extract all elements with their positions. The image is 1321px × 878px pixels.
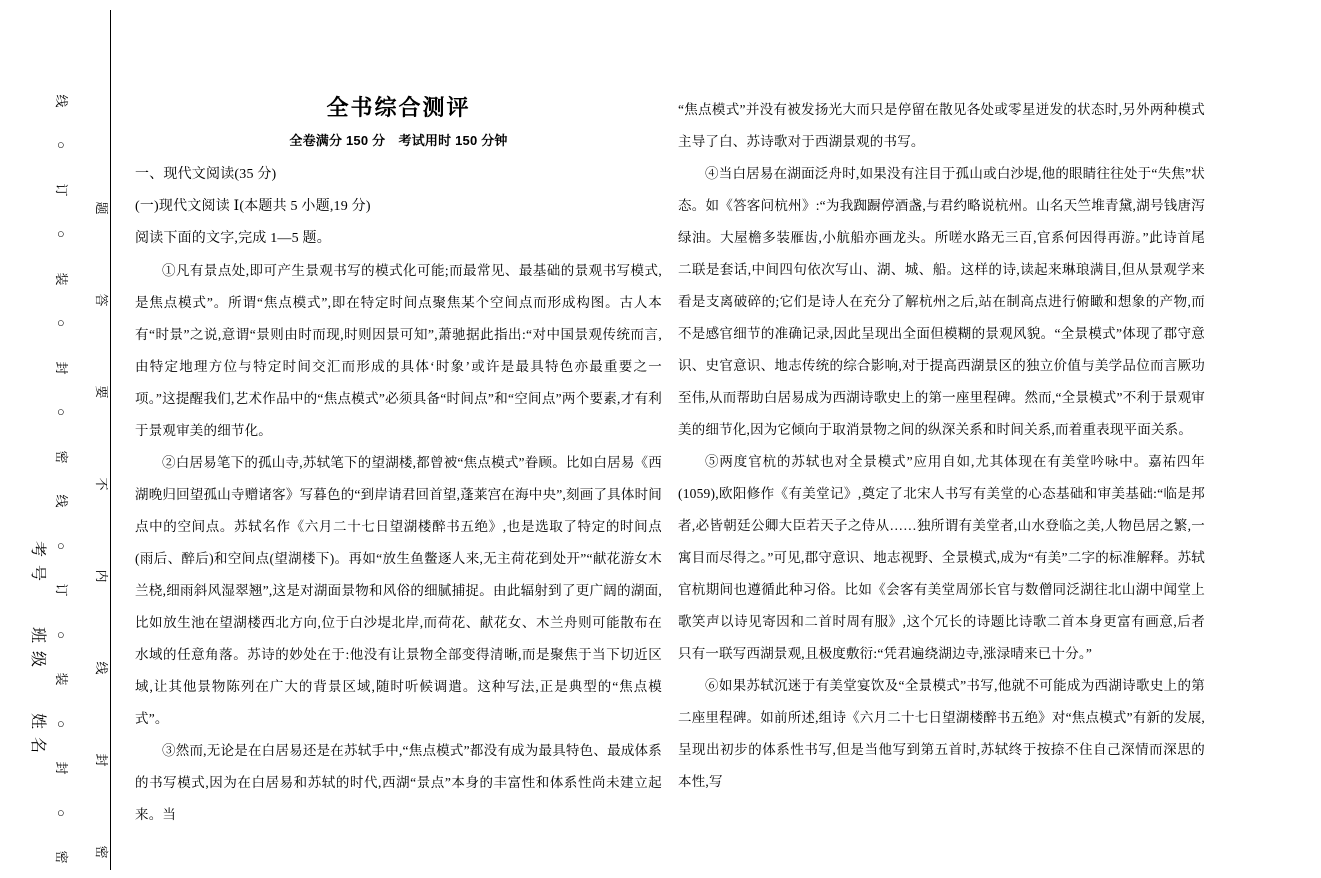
binding-line-decoration-text: 线○订○装○封○密线○订○装○封○密 — [53, 93, 69, 865]
circle-glyph: ○ — [53, 538, 69, 554]
circle-glyph: ○ — [53, 805, 69, 821]
paragraph-5: ⑤两度官杭的苏轼也对全景模式”应用自如,尤其体现在有美堂吟咏中。嘉祐四年(105… — [678, 446, 1205, 670]
circle-glyph: ○ — [53, 404, 69, 420]
binding-line — [110, 10, 111, 870]
rotated-char: 封 — [93, 752, 109, 768]
rotated-char: 线 — [53, 493, 69, 509]
rotated-char: 级 — [28, 650, 46, 668]
rotated-char: 答 — [93, 292, 109, 308]
paragraph-3: ③然而,无论是在白居易还是在苏轼手中,“焦点模式”都没有成为最具特色、最成体系的… — [135, 735, 662, 831]
rotated-char: 名 — [28, 736, 46, 754]
text-column-left: 全书综合测评 全卷满分 150 分 考试用时 150 分钟 一、现代文阅读(35… — [135, 90, 662, 831]
paragraph-1: ①凡有景点处,即可产生景观书写的模式化可能;而最常见、最基础的景观书写模式,是焦… — [135, 255, 662, 447]
rotated-char: 密 — [93, 844, 109, 860]
rotated-char: 号 — [28, 564, 46, 582]
reading-instruction: 阅读下面的文字,完成 1—5 题。 — [135, 223, 662, 255]
rotated-char: 装 — [53, 671, 69, 687]
rotated-char: 不 — [93, 476, 109, 492]
paragraph-2: ②白居易笔下的孤山寺,苏轼笔下的望湖楼,都曾被“焦点模式”眷顾。比如白居易《西湖… — [135, 447, 662, 735]
rotated-char: 密 — [53, 449, 69, 465]
circle-glyph: ○ — [53, 137, 69, 153]
rotated-char: 封 — [53, 760, 69, 776]
paragraph-3-continuation: “焦点模式”并没有被发扬光大而只是停留在散见各处或零星迸发的状态时,另外两种模式… — [678, 94, 1205, 158]
circle-glyph: ○ — [53, 716, 69, 732]
exam-number-field-label: 考号 — [28, 540, 46, 582]
circle-glyph: ○ — [53, 226, 69, 242]
section-heading-modern-reading: 一、现代文阅读(35 分) — [135, 159, 662, 191]
rotated-char: 考 — [28, 540, 46, 558]
rotated-char: 题 — [93, 200, 109, 216]
circle-glyph: ○ — [53, 627, 69, 643]
rotated-char: 姓 — [28, 712, 46, 730]
rotated-char: 线 — [93, 660, 109, 676]
seal-warning-text: 题答要不内线封密 — [93, 200, 109, 860]
circle-glyph: ○ — [53, 315, 69, 331]
class-field-label: 班级 — [28, 626, 46, 668]
paper-score-duration: 全卷满分 150 分 考试用时 150 分钟 — [135, 132, 662, 150]
rotated-char: 装 — [53, 271, 69, 287]
subsection-heading-reading-1: (一)现代文阅读 Ⅰ(本题共 5 小题,19 分) — [135, 191, 662, 223]
rotated-char: 订 — [53, 182, 69, 198]
rotated-char: 要 — [93, 384, 109, 400]
name-field-label: 姓名 — [28, 712, 46, 754]
rotated-char: 密 — [53, 849, 69, 865]
paper-title: 全书综合测评 — [135, 94, 662, 122]
text-column-right: “焦点模式”并没有被发扬光大而只是停留在散见各处或零星迸发的状态时,另外两种模式… — [678, 90, 1205, 798]
paragraph-6: ⑥如果苏轼沉迷于有美堂宴饮及“全景模式”书写,他就不可能成为西湖诗歌史上的第二座… — [678, 670, 1205, 798]
paragraph-4: ④当白居易在湖面泛舟时,如果没有注目于孤山或白沙堤,他的眼睛往往处于“失焦”状态… — [678, 158, 1205, 446]
rotated-char: 内 — [93, 568, 109, 584]
exam-paper-page: { "page": { "background": "#ffffff", "in… — [0, 0, 1321, 878]
rotated-char: 订 — [53, 582, 69, 598]
rotated-char: 班 — [28, 626, 46, 644]
rotated-char: 封 — [53, 360, 69, 376]
rotated-char: 线 — [53, 93, 69, 109]
